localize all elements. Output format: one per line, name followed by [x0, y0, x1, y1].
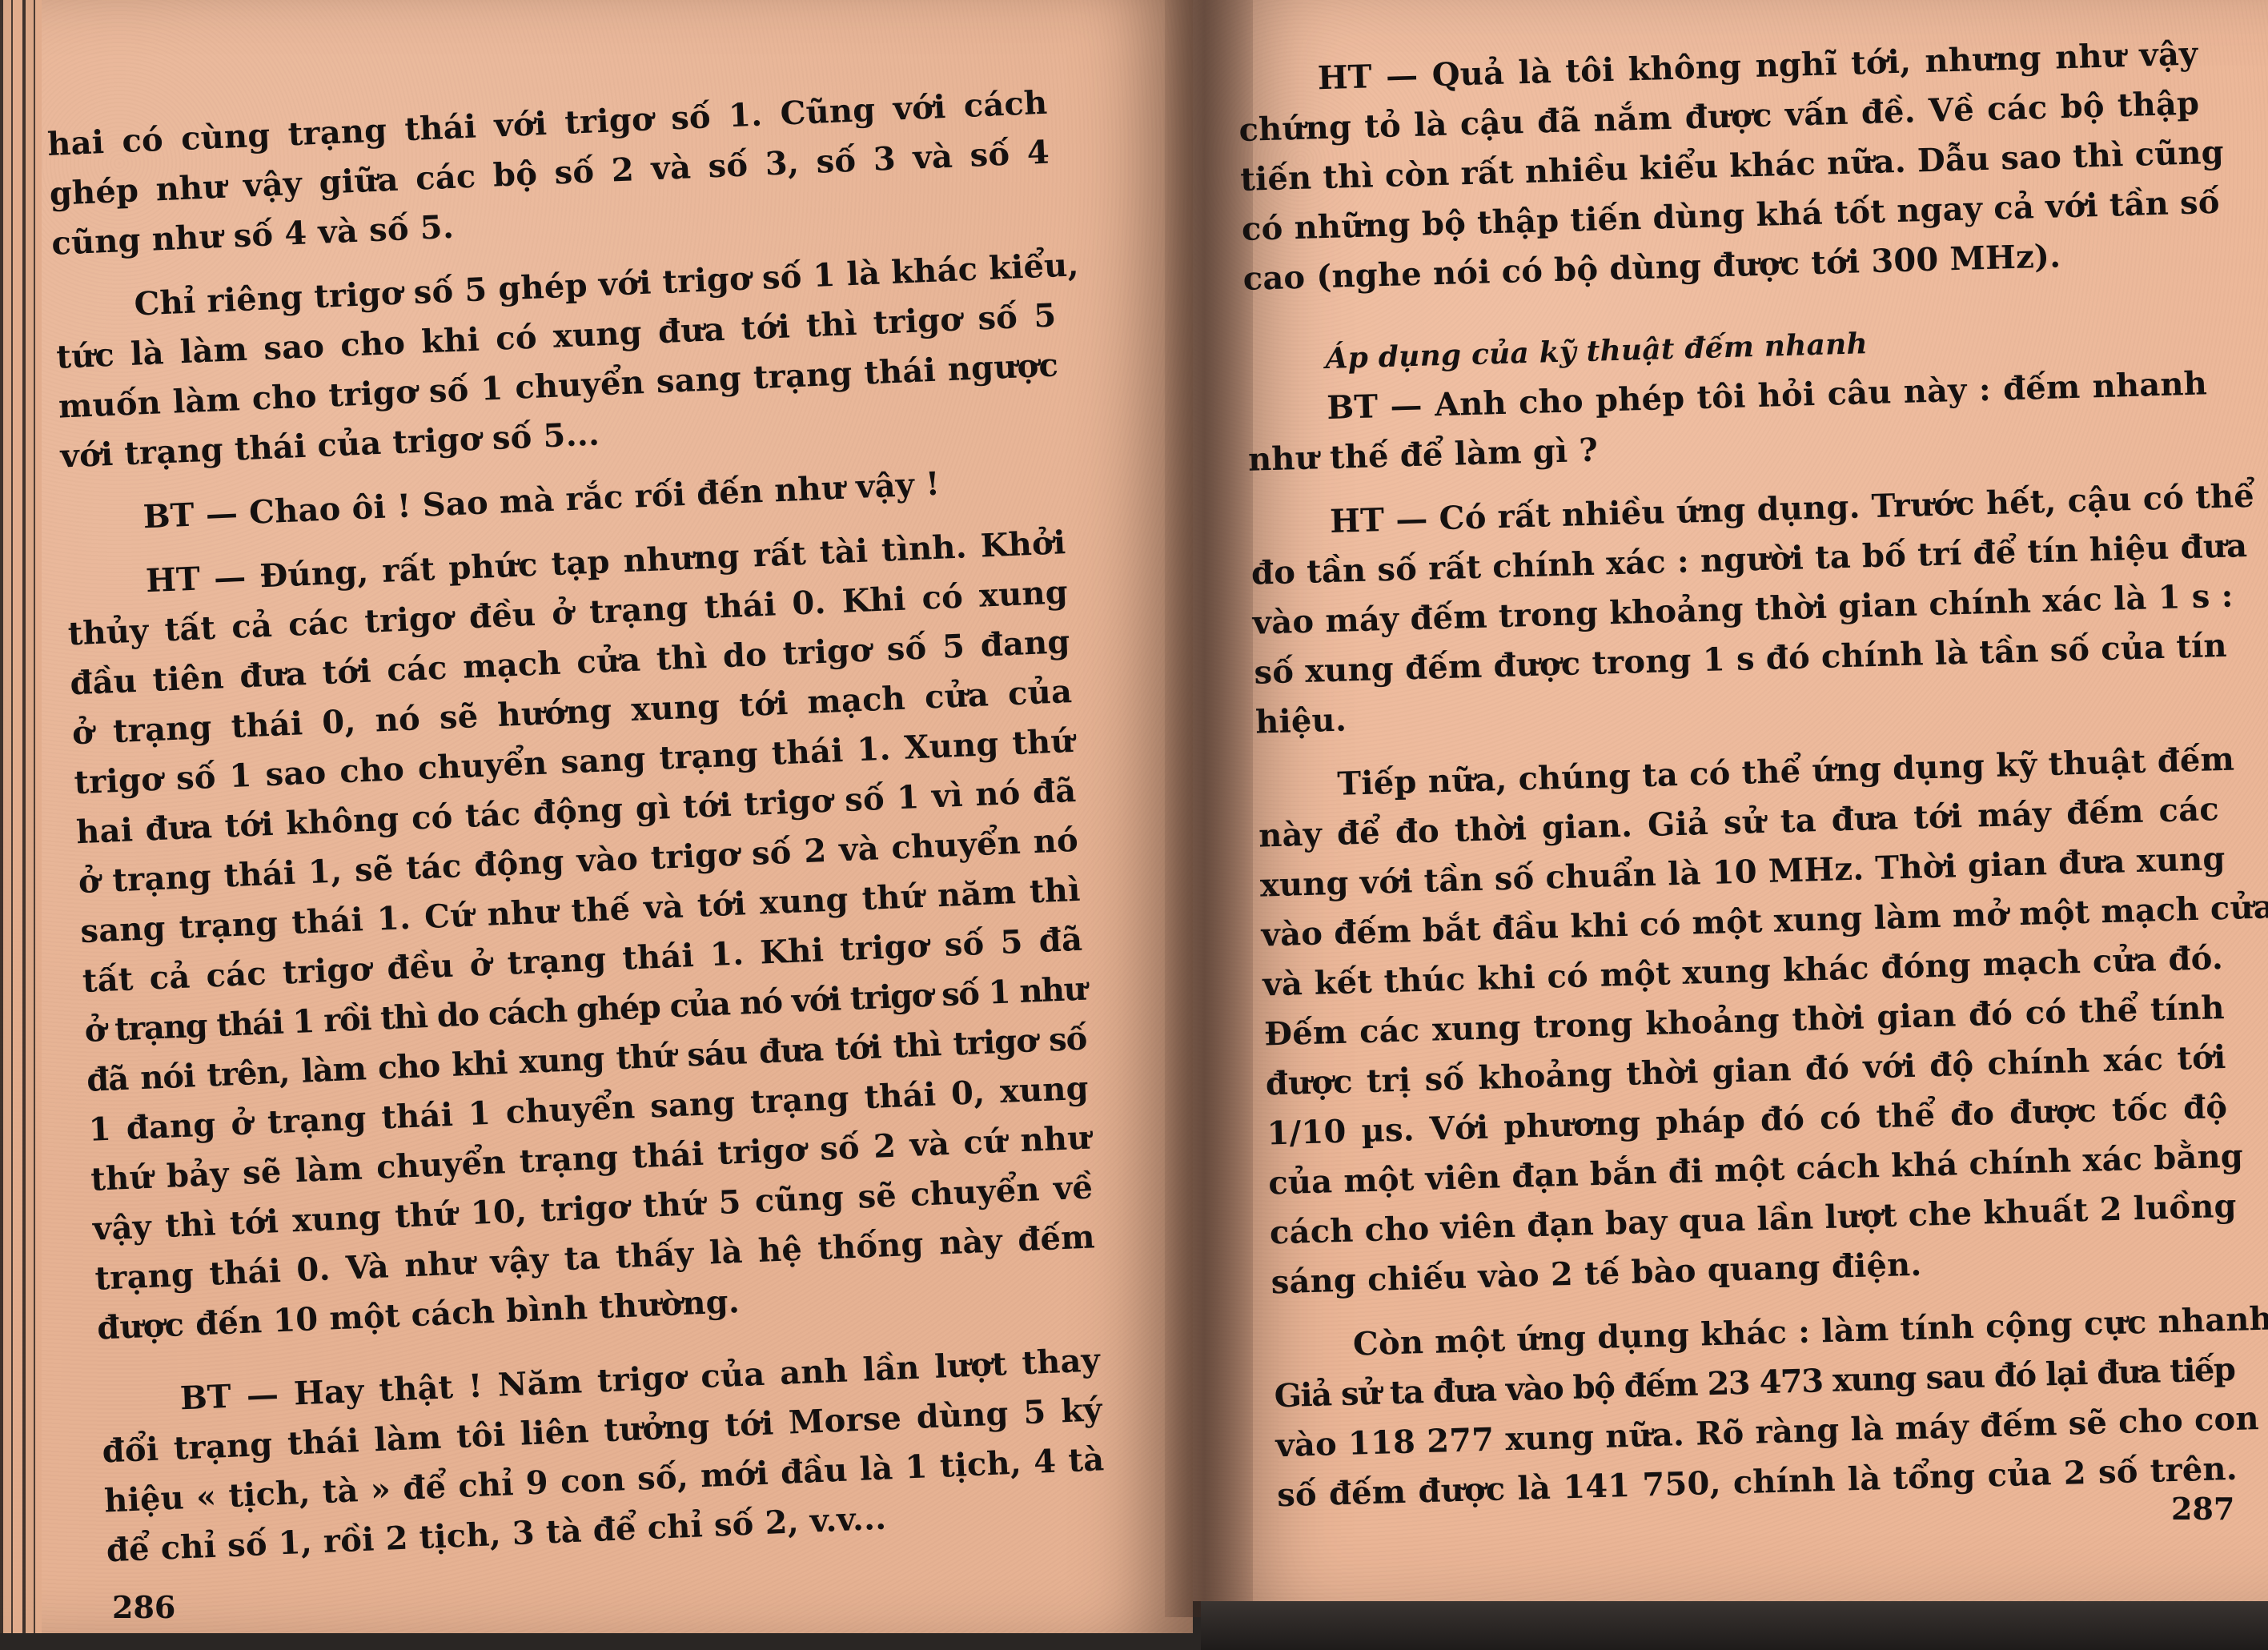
paragraph: Tiếp nữa, chúng ta có thể ứng dụng kỹ th…: [1257, 735, 2233, 1307]
speaker-label: BT —: [143, 494, 239, 536]
speaker-label: BT —: [1327, 387, 1423, 427]
paragraph: HT — Có rất nhiều ứng dụng. Trước hết, c…: [1249, 472, 2216, 747]
page-number-right: 287: [2171, 1491, 2234, 1527]
speaker-label: HT —: [1317, 57, 1419, 97]
right-page-text: HT — Quả là tôi không nghĩ tới, nhưng nh…: [1237, 29, 2238, 1520]
speaker-label: HT —: [145, 558, 247, 600]
paragraph: HT — Đúng, rất phức tạp nhưng rất tài tì…: [65, 518, 1098, 1353]
paragraph: Còn một ứng dụng khác : làm tính cộng cự…: [1272, 1295, 2238, 1520]
page-number-left: 286: [112, 1589, 175, 1625]
open-book-spread: hai có cùng trạng thái với trigơ số 1. C…: [0, 0, 2268, 1650]
left-page-text: hai có cùng trạng thái với trigơ số 1. C…: [46, 78, 1107, 1576]
paragraph: HT — Quả là tôi không nghĩ tới, nhưng nh…: [1237, 29, 2204, 303]
scan-background: [1201, 1601, 2268, 1650]
speaker-label: BT —: [179, 1375, 279, 1417]
book-gutter: [1165, 0, 1253, 1617]
page-edges: [0, 0, 42, 1633]
paragraph: BT — Hay thật ! Năm trigơ của anh lần lư…: [99, 1335, 1107, 1576]
speaker-label: HT —: [1330, 500, 1429, 540]
